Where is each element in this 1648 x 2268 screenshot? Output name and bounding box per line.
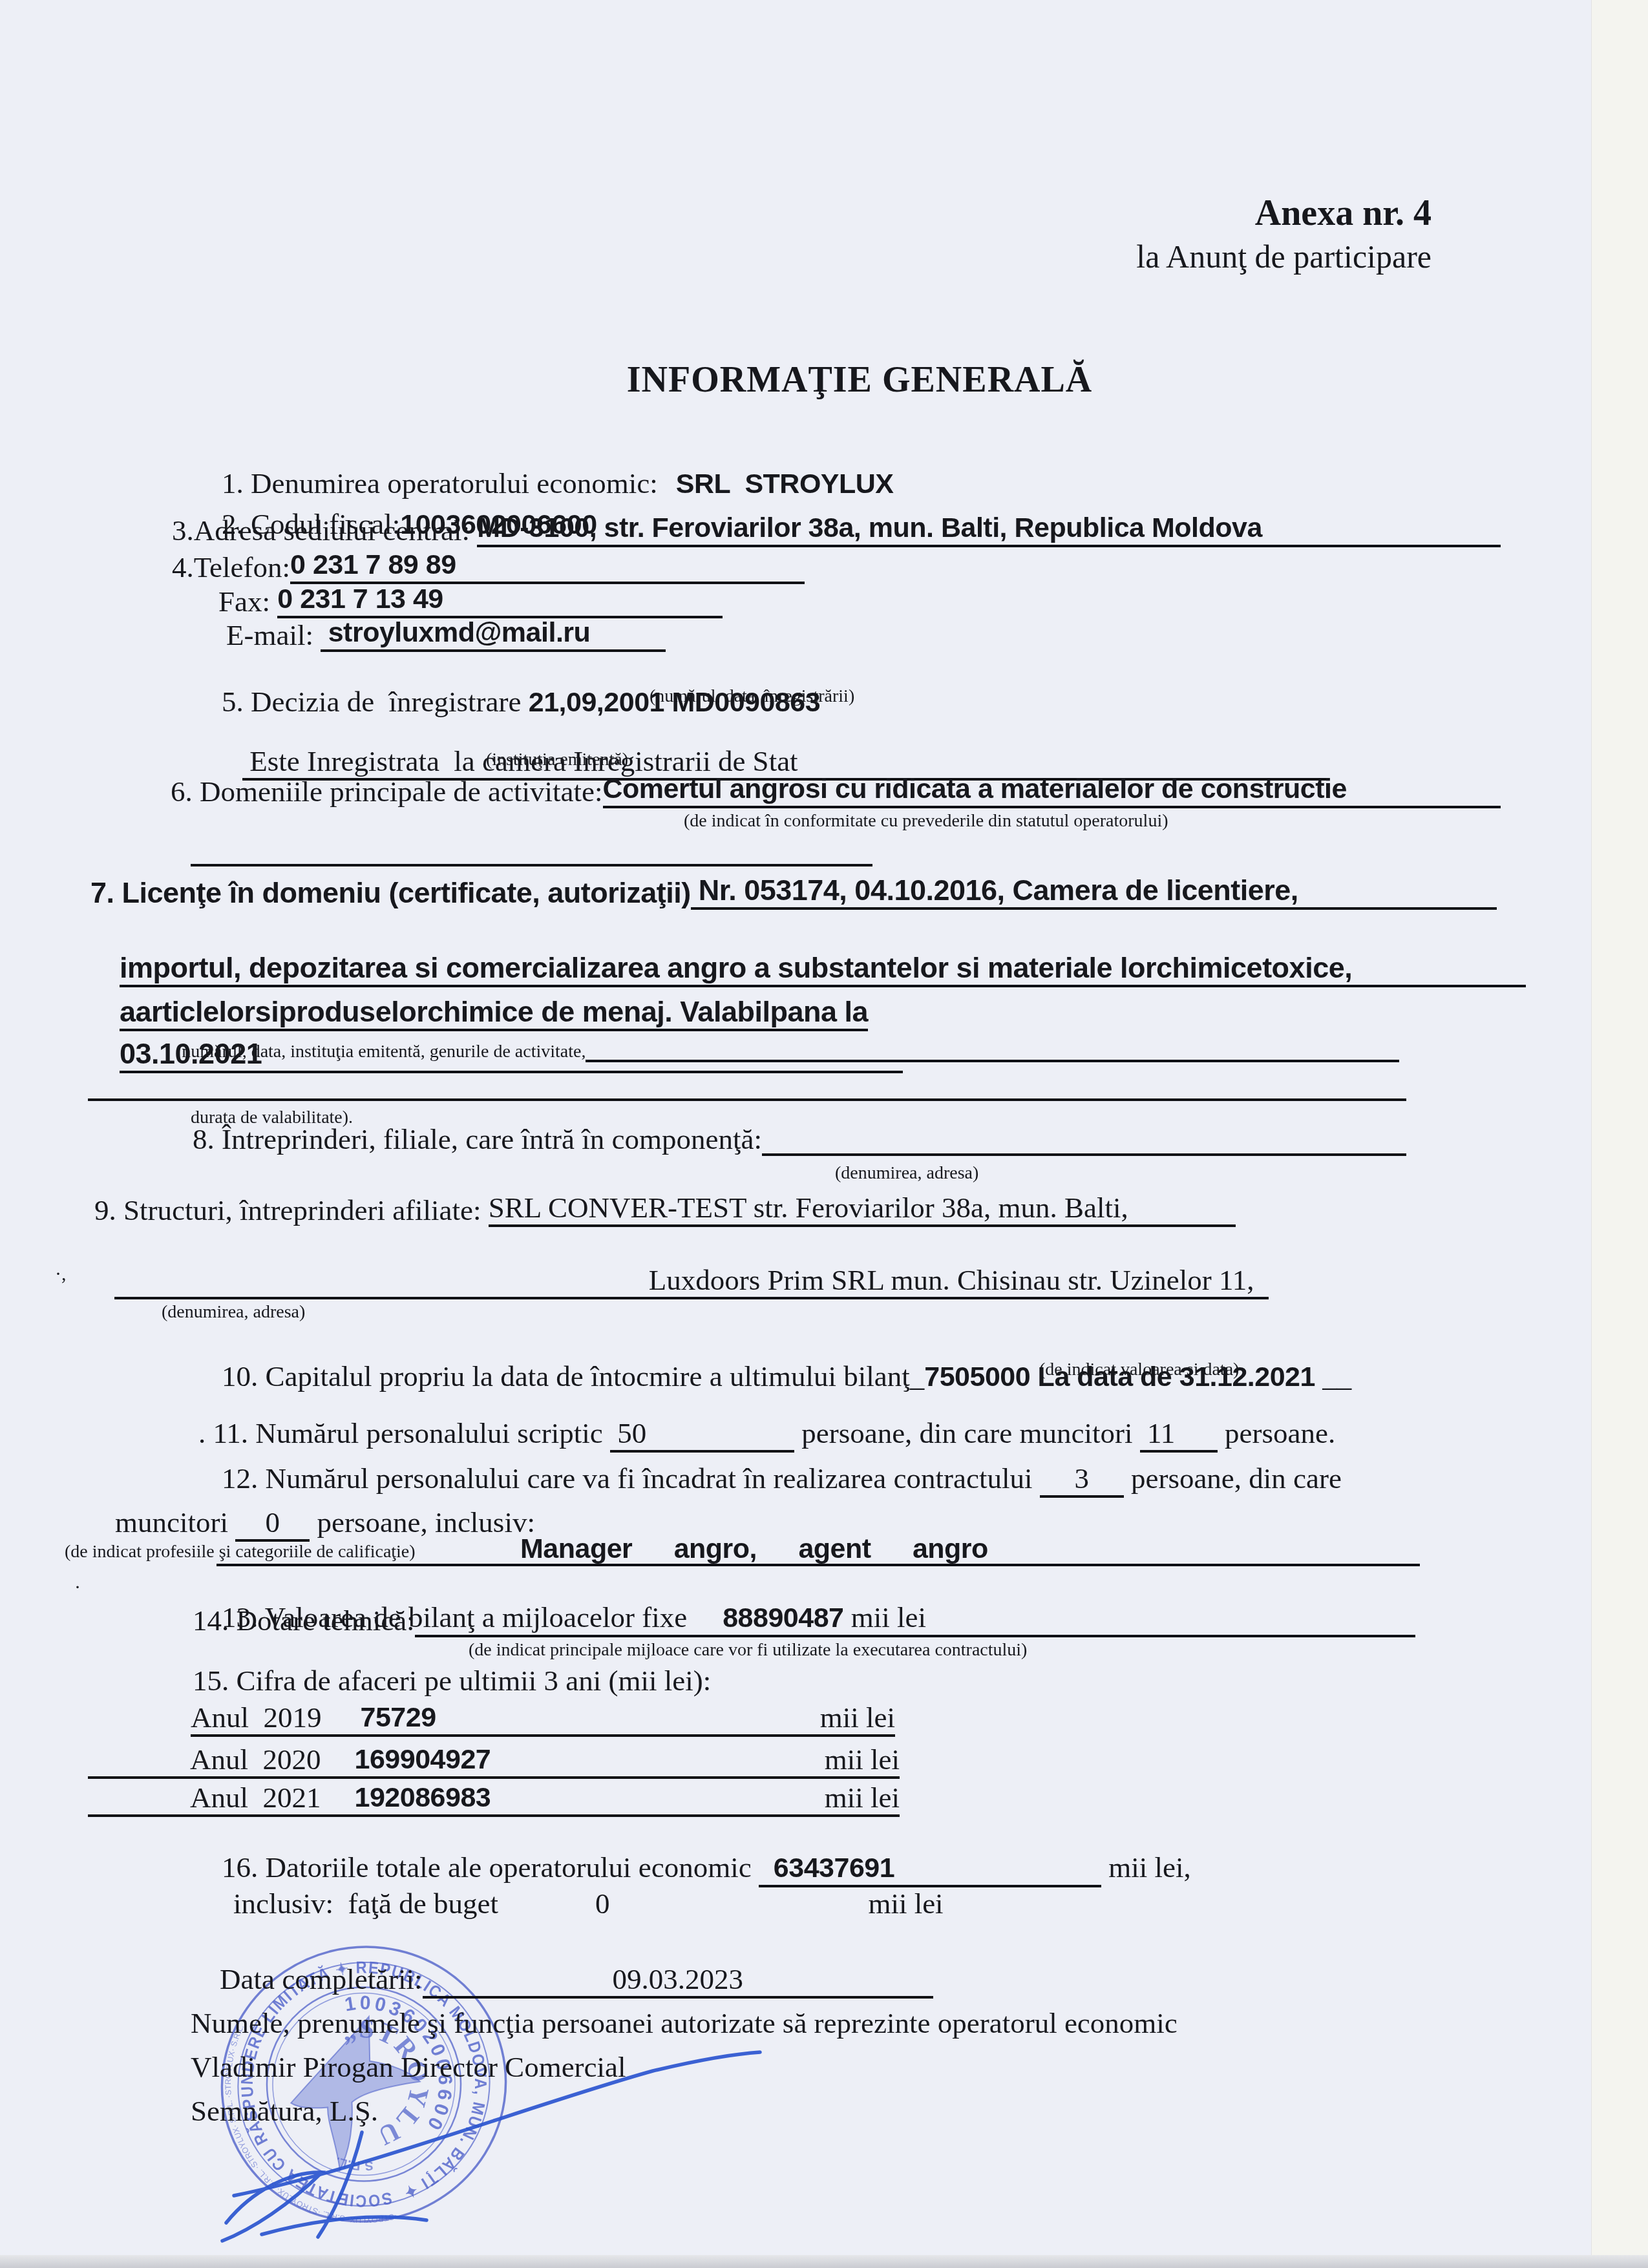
year-2020-label: Anul 2020 bbox=[190, 1743, 321, 1776]
year-2020-unit: mii lei bbox=[825, 1743, 900, 1776]
field-14-label: 14. Dotare tehnică: bbox=[193, 1604, 415, 1637]
field-3-value: MD-3100, str. Feroviarilor 38a, mun. Bal… bbox=[477, 512, 1501, 547]
scanner-edge-band bbox=[1591, 0, 1648, 2268]
field-6-label: 6. Domeniile principale de activitate: bbox=[171, 775, 603, 808]
field-7-label: 7. Licenţe în domeniu (certificate, auto… bbox=[90, 876, 691, 910]
field-4-label: 4.Telefon: bbox=[172, 551, 290, 584]
field-15-turnover: 15. Cifra de afaceri pe ultimii 3 ani (m… bbox=[193, 1664, 711, 1697]
turnover-row-2021: Anul 2021 192086983 mii lei bbox=[88, 1781, 900, 1817]
field-8-label: 8. Întreprinderi, filiale, care întră în… bbox=[193, 1122, 762, 1156]
turnover-row-2019: Anul 2019 75729 mii lei bbox=[191, 1701, 895, 1737]
field-16-line2b: mii lei bbox=[868, 1887, 943, 1920]
field-10-note: (de indicat valoarea şi data) bbox=[1039, 1360, 1239, 1380]
field-7-licenses-line1: 7. Licenţe în domeniu (certificate, auto… bbox=[90, 874, 1497, 910]
scanned-form-page: ·STROYLUX· S.R.L. ·STROYLUX· S.R.L. ·STR… bbox=[0, 0, 1648, 2268]
field-9-note: (denumirea, adresa) bbox=[162, 1302, 305, 1323]
turnover-row-2020: Anul 2020 169904927 mii lei bbox=[88, 1743, 900, 1779]
authorized-person-name: Vladimir Pirogan Director Comercial bbox=[191, 2050, 626, 2084]
field-4-value: 0 231 7 89 89 bbox=[290, 549, 805, 584]
field-7-note1: (numărul, data, instituţia emitentă, gen… bbox=[176, 1042, 586, 1062]
field-3-label: 3.Adresa sediului central: bbox=[172, 514, 477, 547]
field-14-equipment: 14. Dotare tehnică: bbox=[193, 1604, 1415, 1637]
blank-underline bbox=[586, 1060, 1399, 1062]
field-8-subsidiaries: 8. Întreprinderi, filiale, care întră în… bbox=[193, 1122, 1406, 1156]
year-2019-unit: mii lei bbox=[820, 1701, 895, 1734]
year-2021-label: Anul 2021 bbox=[190, 1781, 321, 1814]
field-12-suffix: persoane, din care bbox=[1124, 1462, 1342, 1495]
blank-underline bbox=[415, 1635, 1415, 1637]
field-5-note2: (instituţia emitentă) bbox=[486, 750, 628, 770]
field-6-value: Comertul angrosi cu ridicata a materiale… bbox=[603, 773, 1501, 808]
year-2020-value: 169904927 bbox=[355, 1744, 491, 1776]
signature-caption: Semnătura, L.Ş. bbox=[191, 2094, 378, 2128]
field-8-note: (denumirea, adresa) bbox=[835, 1163, 978, 1184]
field-1-value: SRL STROYLUX bbox=[676, 468, 894, 499]
field-9-affiliates: 9. Structuri, întreprinderi afiliate: SR… bbox=[94, 1191, 1236, 1227]
field-7-value1: Nr. 053174, 04.10.2016, Camera de licent… bbox=[691, 874, 1497, 910]
field-email: E-mail: stroyluxmd@mail.ru bbox=[226, 617, 666, 652]
form-title: INFORMAŢIE GENERALĂ bbox=[627, 359, 1093, 401]
field-12-fill-value: Manager angro, agent angro bbox=[520, 1533, 988, 1564]
field-7-note-row: (numărul, data, instituţia emitentă, gen… bbox=[176, 1042, 1399, 1062]
year-2021-unit: mii lei bbox=[825, 1781, 900, 1814]
field-16-line2a: inclusiv: faţă de buget bbox=[233, 1887, 498, 1920]
stray-mark: · bbox=[74, 1577, 81, 1599]
fax-value: 0 231 7 13 49 bbox=[277, 583, 723, 618]
email-value: stroyluxmd@mail.ru bbox=[321, 617, 666, 652]
field-5-note: (numărul, data, înregistrării) bbox=[650, 686, 854, 707]
field-12-value: 3 bbox=[1040, 1462, 1124, 1498]
blank-underline bbox=[191, 864, 872, 866]
blank-underline bbox=[88, 1098, 1406, 1101]
authorized-person-caption: Numele, prenumele şi funcţia persoanei a… bbox=[191, 2006, 1178, 2040]
field-14-note: (de indicat principale mijloace care vor… bbox=[469, 1640, 1027, 1661]
field-6-note: (de indicat în conformitate cu prevederi… bbox=[684, 811, 1168, 832]
date-label: Data completării: bbox=[220, 1963, 423, 1995]
field-9-label: 9. Structuri, întreprinderi afiliate: bbox=[94, 1193, 489, 1227]
annex-number: Anexa nr. 4 bbox=[1255, 193, 1431, 235]
field-9-value2: Luxdoors Prim SRL mun. Chisinau str. Uzi… bbox=[114, 1263, 1269, 1299]
year-2021-value: 192086983 bbox=[355, 1782, 491, 1814]
scanner-bottom-shadow bbox=[0, 2255, 1648, 2268]
field-9-value: SRL CONVER-TEST str. Feroviarilor 38a, m… bbox=[489, 1191, 1236, 1227]
email-label: E-mail: bbox=[226, 618, 321, 652]
year-2019-value: 75729 bbox=[361, 1702, 436, 1734]
date-value: 09.03.2023 bbox=[423, 1962, 933, 1999]
annex-subtitle: la Anunţ de participare bbox=[1136, 238, 1431, 275]
field-12-note: (de indicat profesiile şi categoriile de… bbox=[65, 1542, 416, 1562]
fax-label: Fax: bbox=[218, 585, 277, 618]
field-3-address: 3.Adresa sediului central: MD-3100, str.… bbox=[172, 512, 1501, 547]
stray-mark: ·, bbox=[55, 1263, 67, 1286]
field-16-value2: 0 bbox=[595, 1887, 610, 1920]
field-fax: Fax: 0 231 7 13 49 bbox=[218, 583, 723, 618]
blank-underline bbox=[762, 1153, 1406, 1156]
field-4-phone: 4.Telefon: 0 231 7 89 89 bbox=[172, 549, 805, 584]
year-2019-label: Anul 2019 bbox=[191, 1701, 322, 1734]
field-6-activity: 6. Domeniile principale de activitate: C… bbox=[171, 773, 1501, 808]
field-16-suffix: mii lei, bbox=[1101, 1851, 1191, 1884]
